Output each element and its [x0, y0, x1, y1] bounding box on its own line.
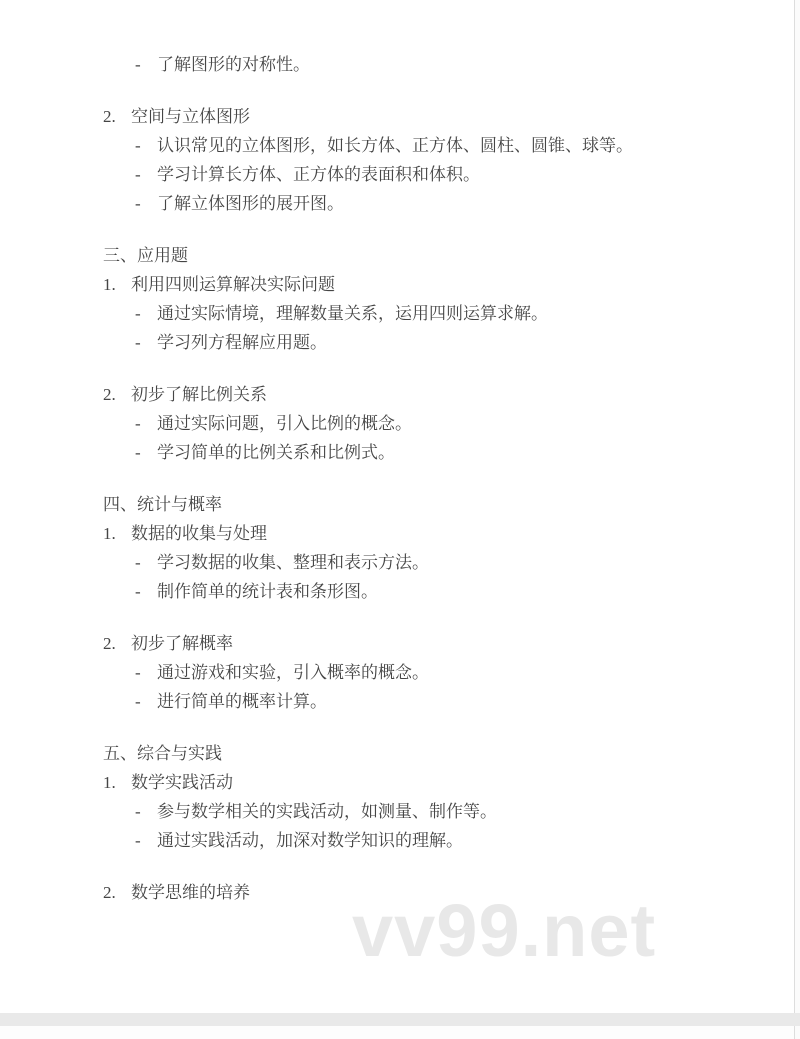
section-heading: 三、应用题 — [103, 241, 754, 270]
bullet-marker: - — [135, 50, 157, 79]
line-text: 五、综合与实践 — [103, 739, 222, 768]
document-content: -了解图形的对称性。2.空间与立体图形-认识常见的立体图形，如长方体、正方体、圆… — [103, 50, 754, 907]
item-number: 2. — [103, 629, 131, 658]
line-text: 初步了解比例关系 — [131, 380, 267, 409]
line-text: 空间与立体图形 — [131, 102, 250, 131]
line-text: 数学思维的培养 — [131, 878, 250, 907]
bullet-marker: - — [135, 131, 157, 160]
bullet-marker: - — [135, 189, 157, 218]
bullet-item: -参与数学相关的实践活动，如测量、制作等。 — [135, 797, 754, 826]
document-page: vv99.net -了解图形的对称性。2.空间与立体图形-认识常见的立体图形，如… — [0, 0, 794, 1013]
bullet-item: -进行简单的概率计算。 — [135, 687, 754, 716]
numbered-item: 2.初步了解比例关系 — [103, 380, 754, 409]
page-gap-divider — [0, 1013, 800, 1026]
line-text: 数学实践活动 — [131, 768, 233, 797]
bullet-marker: - — [135, 826, 157, 855]
bullet-item: -认识常见的立体图形，如长方体、正方体、圆柱、圆锥、球等。 — [135, 131, 754, 160]
line-text: 四、统计与概率 — [103, 490, 222, 519]
section-heading: 四、统计与概率 — [103, 490, 754, 519]
item-number: 1. — [103, 270, 131, 299]
item-number: 2. — [103, 102, 131, 131]
bullet-marker: - — [135, 687, 157, 716]
item-number: 1. — [103, 519, 131, 548]
bullet-item: -了解图形的对称性。 — [135, 50, 754, 79]
numbered-item: 1.利用四则运算解决实际问题 — [103, 270, 754, 299]
line-text: 通过实际情境，理解数量关系，运用四则运算求解。 — [157, 299, 548, 328]
bullet-marker: - — [135, 299, 157, 328]
next-page-top — [0, 1026, 794, 1039]
bullet-marker: - — [135, 577, 157, 606]
line-text: 利用四则运算解决实际问题 — [131, 270, 335, 299]
line-text: 学习数据的收集、整理和表示方法。 — [157, 548, 429, 577]
bullet-item: -通过游戏和实验，引入概率的概念。 — [135, 658, 754, 687]
bullet-item: -学习简单的比例关系和比例式。 — [135, 438, 754, 467]
bullet-item: -通过实际问题，引入比例的概念。 — [135, 409, 754, 438]
bullet-marker: - — [135, 658, 157, 687]
line-text: 了解立体图形的展开图。 — [157, 189, 344, 218]
line-text: 初步了解概率 — [131, 629, 233, 658]
bullet-marker: - — [135, 797, 157, 826]
bullet-marker: - — [135, 409, 157, 438]
bullet-marker: - — [135, 160, 157, 189]
bullet-item: -了解立体图形的展开图。 — [135, 189, 754, 218]
line-text: 认识常见的立体图形，如长方体、正方体、圆柱、圆锥、球等。 — [157, 131, 633, 160]
bullet-item: -学习列方程解应用题。 — [135, 328, 754, 357]
line-text: 通过游戏和实验，引入概率的概念。 — [157, 658, 429, 687]
numbered-item: 1.数据的收集与处理 — [103, 519, 754, 548]
line-text: 参与数学相关的实践活动，如测量、制作等。 — [157, 797, 497, 826]
numbered-item: 2.初步了解概率 — [103, 629, 754, 658]
bullet-marker: - — [135, 328, 157, 357]
item-number: 2. — [103, 878, 131, 907]
item-number: 1. — [103, 768, 131, 797]
line-text: 学习简单的比例关系和比例式。 — [157, 438, 395, 467]
numbered-item: 2.数学思维的培养 — [103, 878, 754, 907]
line-text: 通过实际问题，引入比例的概念。 — [157, 409, 412, 438]
pdf-viewport: vv99.net -了解图形的对称性。2.空间与立体图形-认识常见的立体图形，如… — [0, 0, 800, 1039]
bullet-item: -通过实际情境，理解数量关系，运用四则运算求解。 — [135, 299, 754, 328]
line-text: 了解图形的对称性。 — [157, 50, 310, 79]
line-text: 数据的收集与处理 — [131, 519, 267, 548]
bullet-marker: - — [135, 548, 157, 577]
bullet-item: -制作简单的统计表和条形图。 — [135, 577, 754, 606]
line-text: 通过实践活动，加深对数学知识的理解。 — [157, 826, 463, 855]
page-right-edge — [794, 0, 800, 1039]
numbered-item: 1.数学实践活动 — [103, 768, 754, 797]
section-heading: 五、综合与实践 — [103, 739, 754, 768]
bullet-marker: - — [135, 438, 157, 467]
line-text: 学习列方程解应用题。 — [157, 328, 327, 357]
numbered-item: 2.空间与立体图形 — [103, 102, 754, 131]
line-text: 学习计算长方体、正方体的表面积和体积。 — [157, 160, 480, 189]
bullet-item: -学习计算长方体、正方体的表面积和体积。 — [135, 160, 754, 189]
item-number: 2. — [103, 380, 131, 409]
line-text: 进行简单的概率计算。 — [157, 687, 327, 716]
line-text: 三、应用题 — [103, 241, 188, 270]
bullet-item: -通过实践活动，加深对数学知识的理解。 — [135, 826, 754, 855]
line-text: 制作简单的统计表和条形图。 — [157, 577, 378, 606]
bullet-item: -学习数据的收集、整理和表示方法。 — [135, 548, 754, 577]
